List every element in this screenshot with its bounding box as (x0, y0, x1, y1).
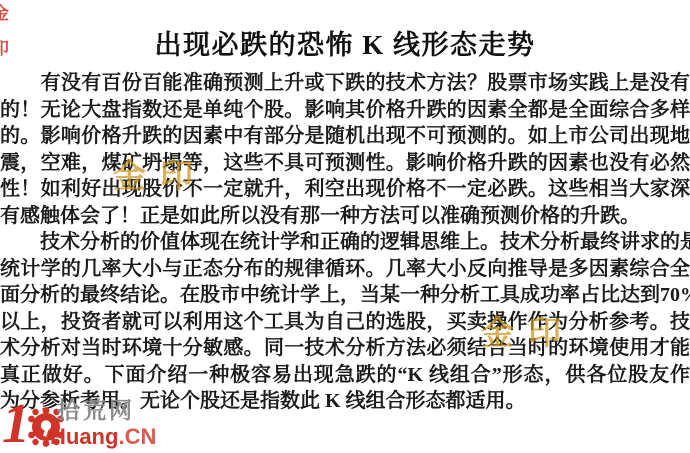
site-name-chinese: 拾荒网 (57, 398, 135, 424)
article-line: 面分析的最终结论。在股市中统计学上，当某一种分析工具成功率占比达到70% (0, 282, 690, 309)
article-line: 有没有百份百能准确预测上升或下跌的技术方法？股票市场实践上是没有 (0, 70, 690, 97)
article-line: 有感触体会了！正是如此所以没有那一种方法可以准确预测价格的升跌。 (0, 203, 690, 230)
article-line: 统计学的几率大小与正态分布的规律循环。几率大小反向推导是多因素综合全 (0, 256, 690, 283)
article-line: 性！如利好出现股价不一定就升，利空出现价格不一定必跌。这些相当大家深 (0, 176, 690, 203)
article-body: 有没有百份百能准确预测上升或下跌的技术方法？股票市场实践上是没有 的！无论大盘指… (0, 70, 690, 415)
article-line: 的。影响价格升跌的因素中有部分是随机出现不可预测的。如上市公司出现地 (0, 123, 690, 150)
gold-seal-watermark: 金印 (481, 318, 575, 351)
article-line: 技术分析的价值体现在统计学和正确的逻辑思维上。技术分析最终讲求的是 (0, 229, 690, 256)
site-domain-tld: .CN (118, 424, 156, 449)
red-seal-fragment-icon: 金 (0, 5, 9, 22)
site-domain: Huang.CN (50, 425, 156, 449)
article-line: 真正做好。下面介绍一种极容易出现急跌的“K 线组合”形态，供各位股友作 (0, 362, 690, 389)
gold-seal-watermark: 金印 (113, 161, 207, 194)
site-domain-name: Huang (50, 424, 118, 449)
paragraph-1: 有没有百份百能准确预测上升或下跌的技术方法？股票市场实践上是没有 的！无论大盘指… (0, 70, 690, 229)
article-line: 术分析对当时环境十分敏感。同一技术分析方法必须结合当时的环境使用才能 (0, 335, 690, 362)
article-line: 震，空难，煤矿坍塌等，这些不具可预测性。影响价格升跌的因素也没有必然 (0, 150, 690, 177)
article-line: 的！无论大盘指数还是单纯个股。影响其价格升跌的因素全都是全面综合多样 (0, 97, 690, 124)
paragraph-2: 技术分析的价值体现在统计学和正确的逻辑思维上。技术分析最终讲求的是 统计学的几率… (0, 229, 690, 415)
article-line: 以上，投资者就可以利用这个工具为自己的选股，买卖操作作为分析参考。技 (0, 309, 690, 336)
page-title: 出现必跌的恐怖 K 线形态走势 (0, 23, 690, 62)
article-page: 金 印 出现必跌的恐怖 K 线形态走势 有没有百份百能准确预测上升或下跌的技术方… (0, 0, 690, 453)
